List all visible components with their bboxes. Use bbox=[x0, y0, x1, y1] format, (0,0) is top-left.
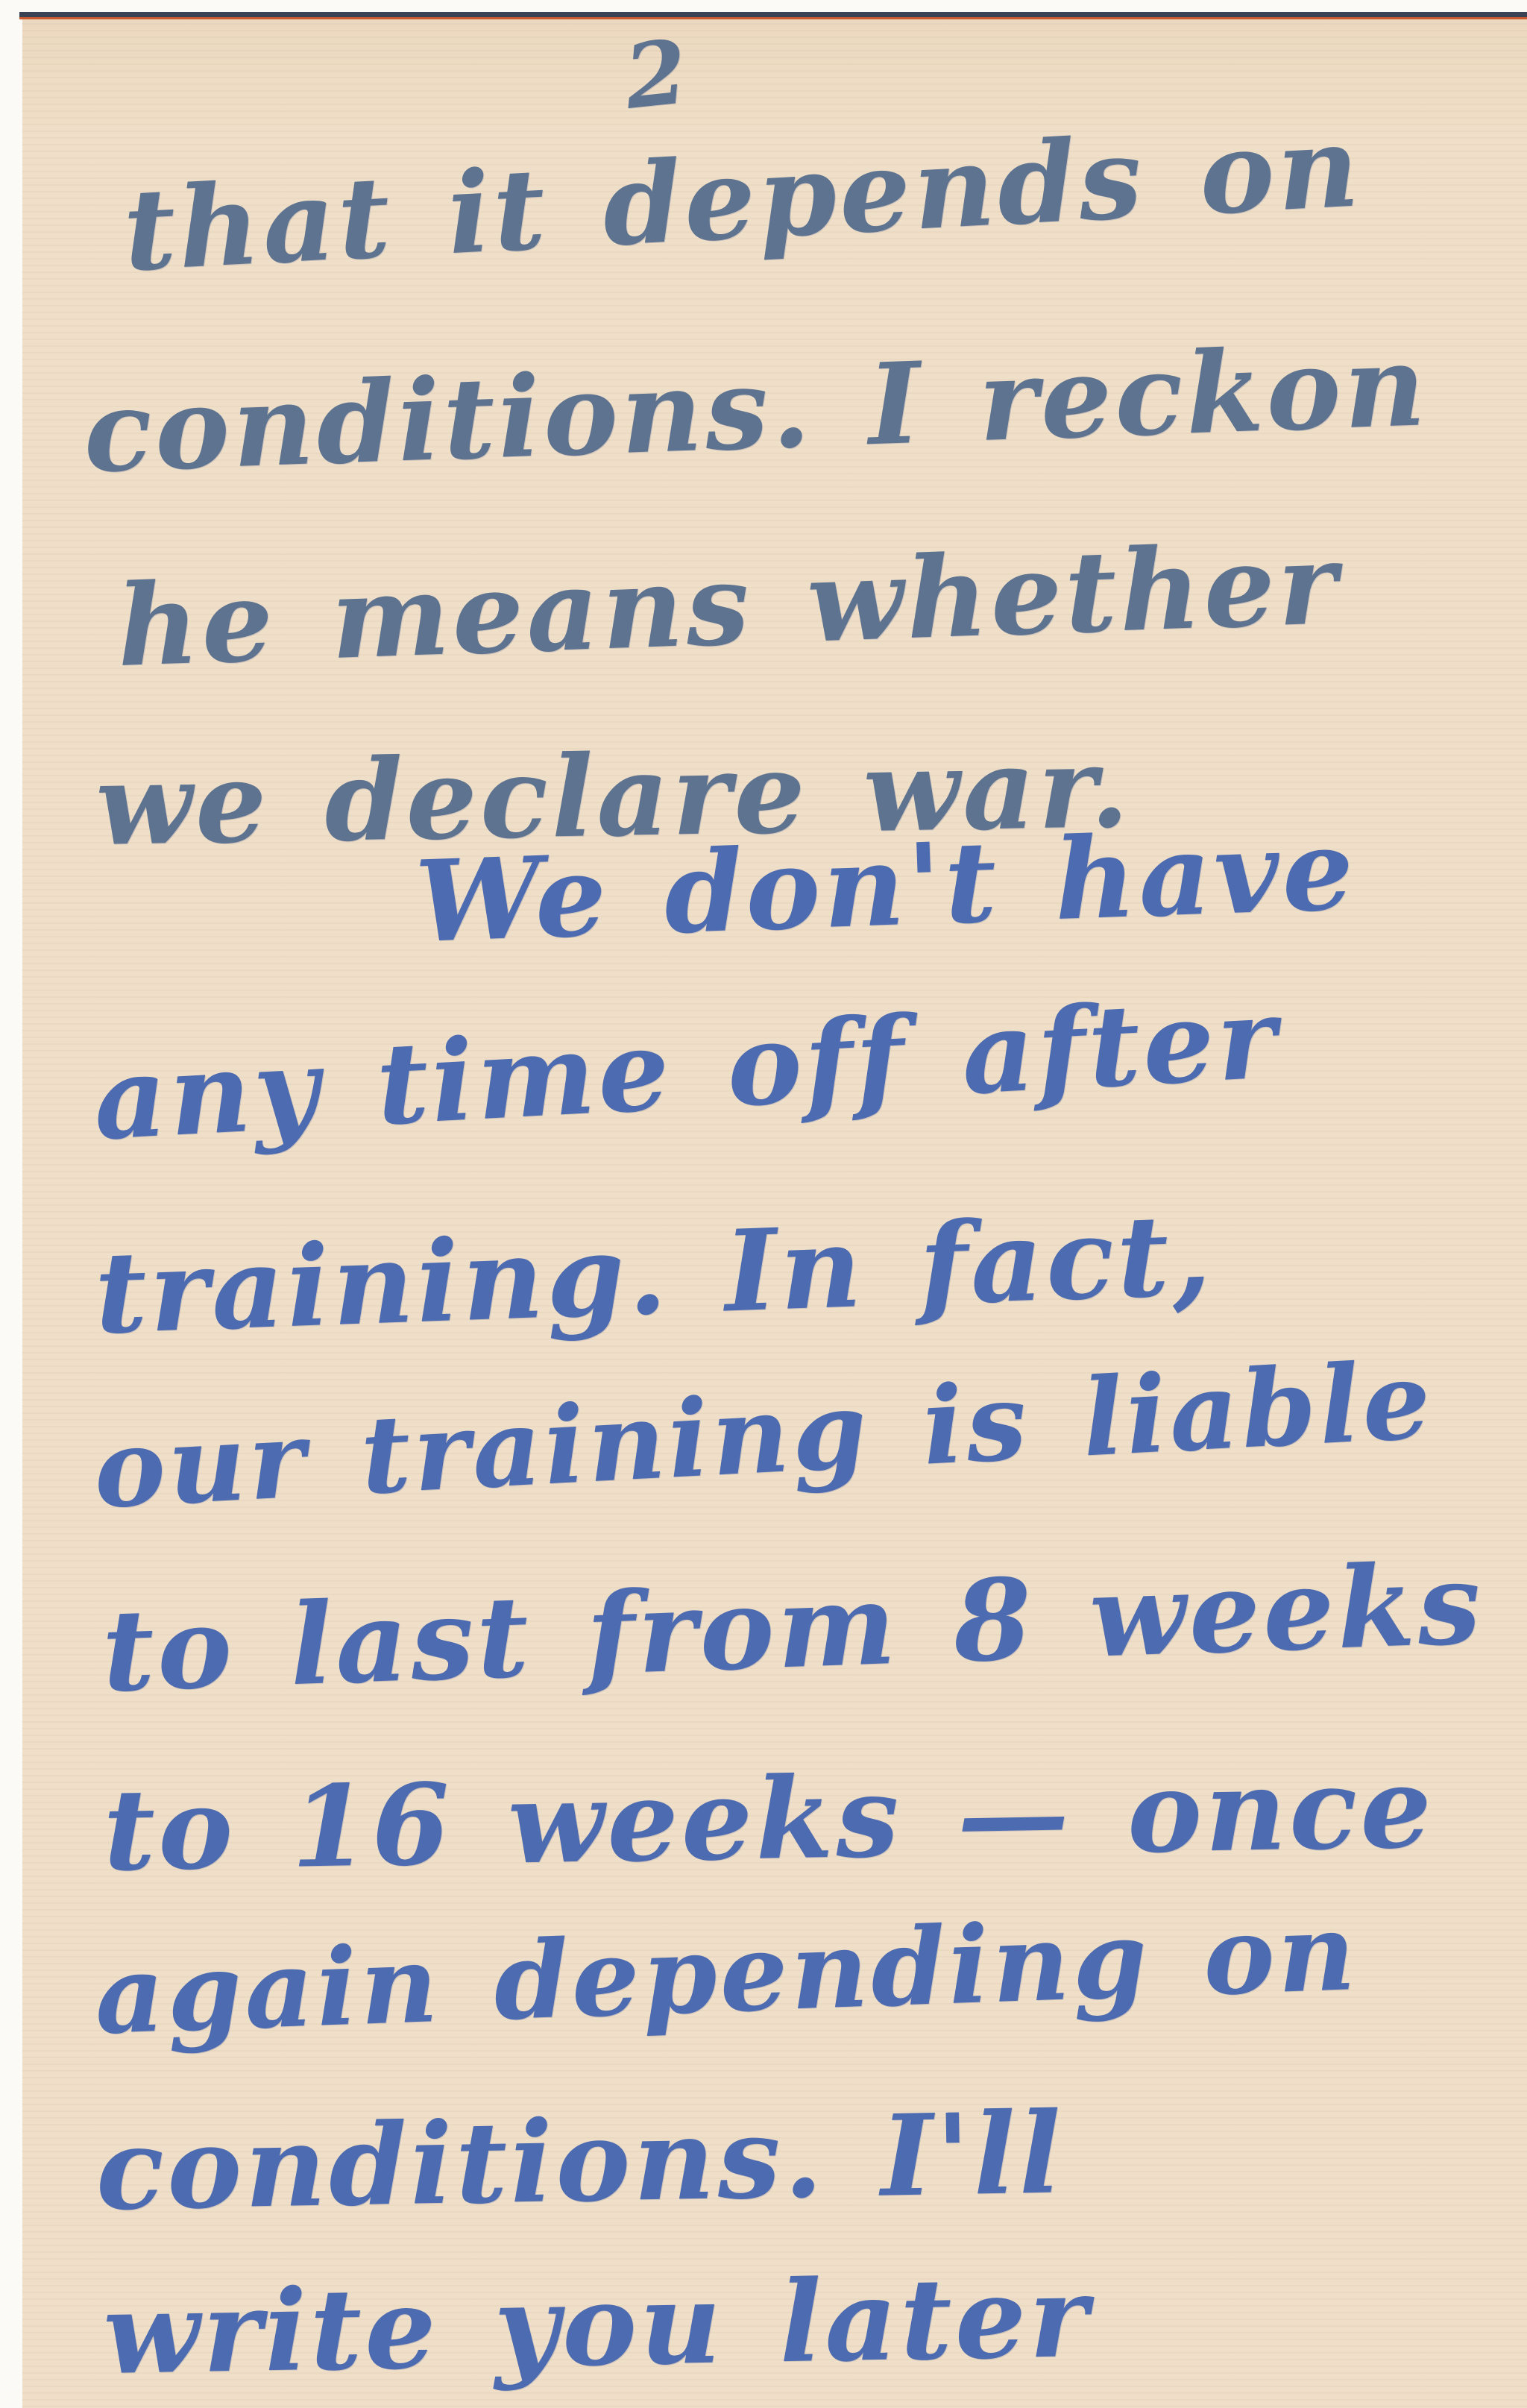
paper-top-edge bbox=[19, 12, 1527, 19]
page-number: 2 bbox=[621, 28, 694, 122]
handwriting-line: We don't have bbox=[414, 814, 1358, 958]
handwriting-line: write you later bbox=[102, 2261, 1092, 2390]
handwriting-line: to 16 weeks — once bbox=[102, 1752, 1435, 1887]
handwriting-line: conditions. I'll bbox=[95, 2097, 1065, 2226]
